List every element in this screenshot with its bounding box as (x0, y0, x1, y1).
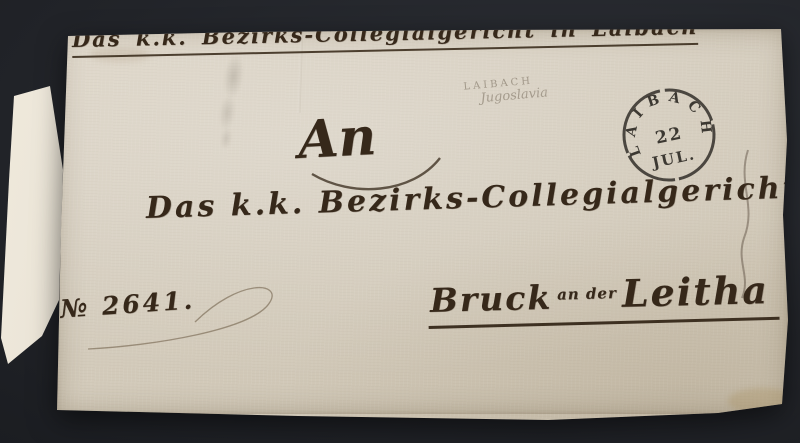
destination-town-main: Leitha (621, 267, 769, 316)
postal-cover: Das k.k. Bezirks-Collegialgericht in Lai… (0, 0, 800, 443)
paper-stain (728, 388, 798, 414)
salutation-an: An (296, 106, 377, 171)
postal-cover-wrap: Das k.k. Bezirks-Collegialgericht in Lai… (0, 0, 800, 443)
destination-town-prefix: Bruck (429, 278, 552, 320)
destination-line: Bruckan derLeitha (427, 267, 779, 329)
destination-infix: an der (557, 284, 617, 304)
photo-background: Das k.k. Bezirks-Collegialgericht in Lai… (0, 0, 800, 443)
